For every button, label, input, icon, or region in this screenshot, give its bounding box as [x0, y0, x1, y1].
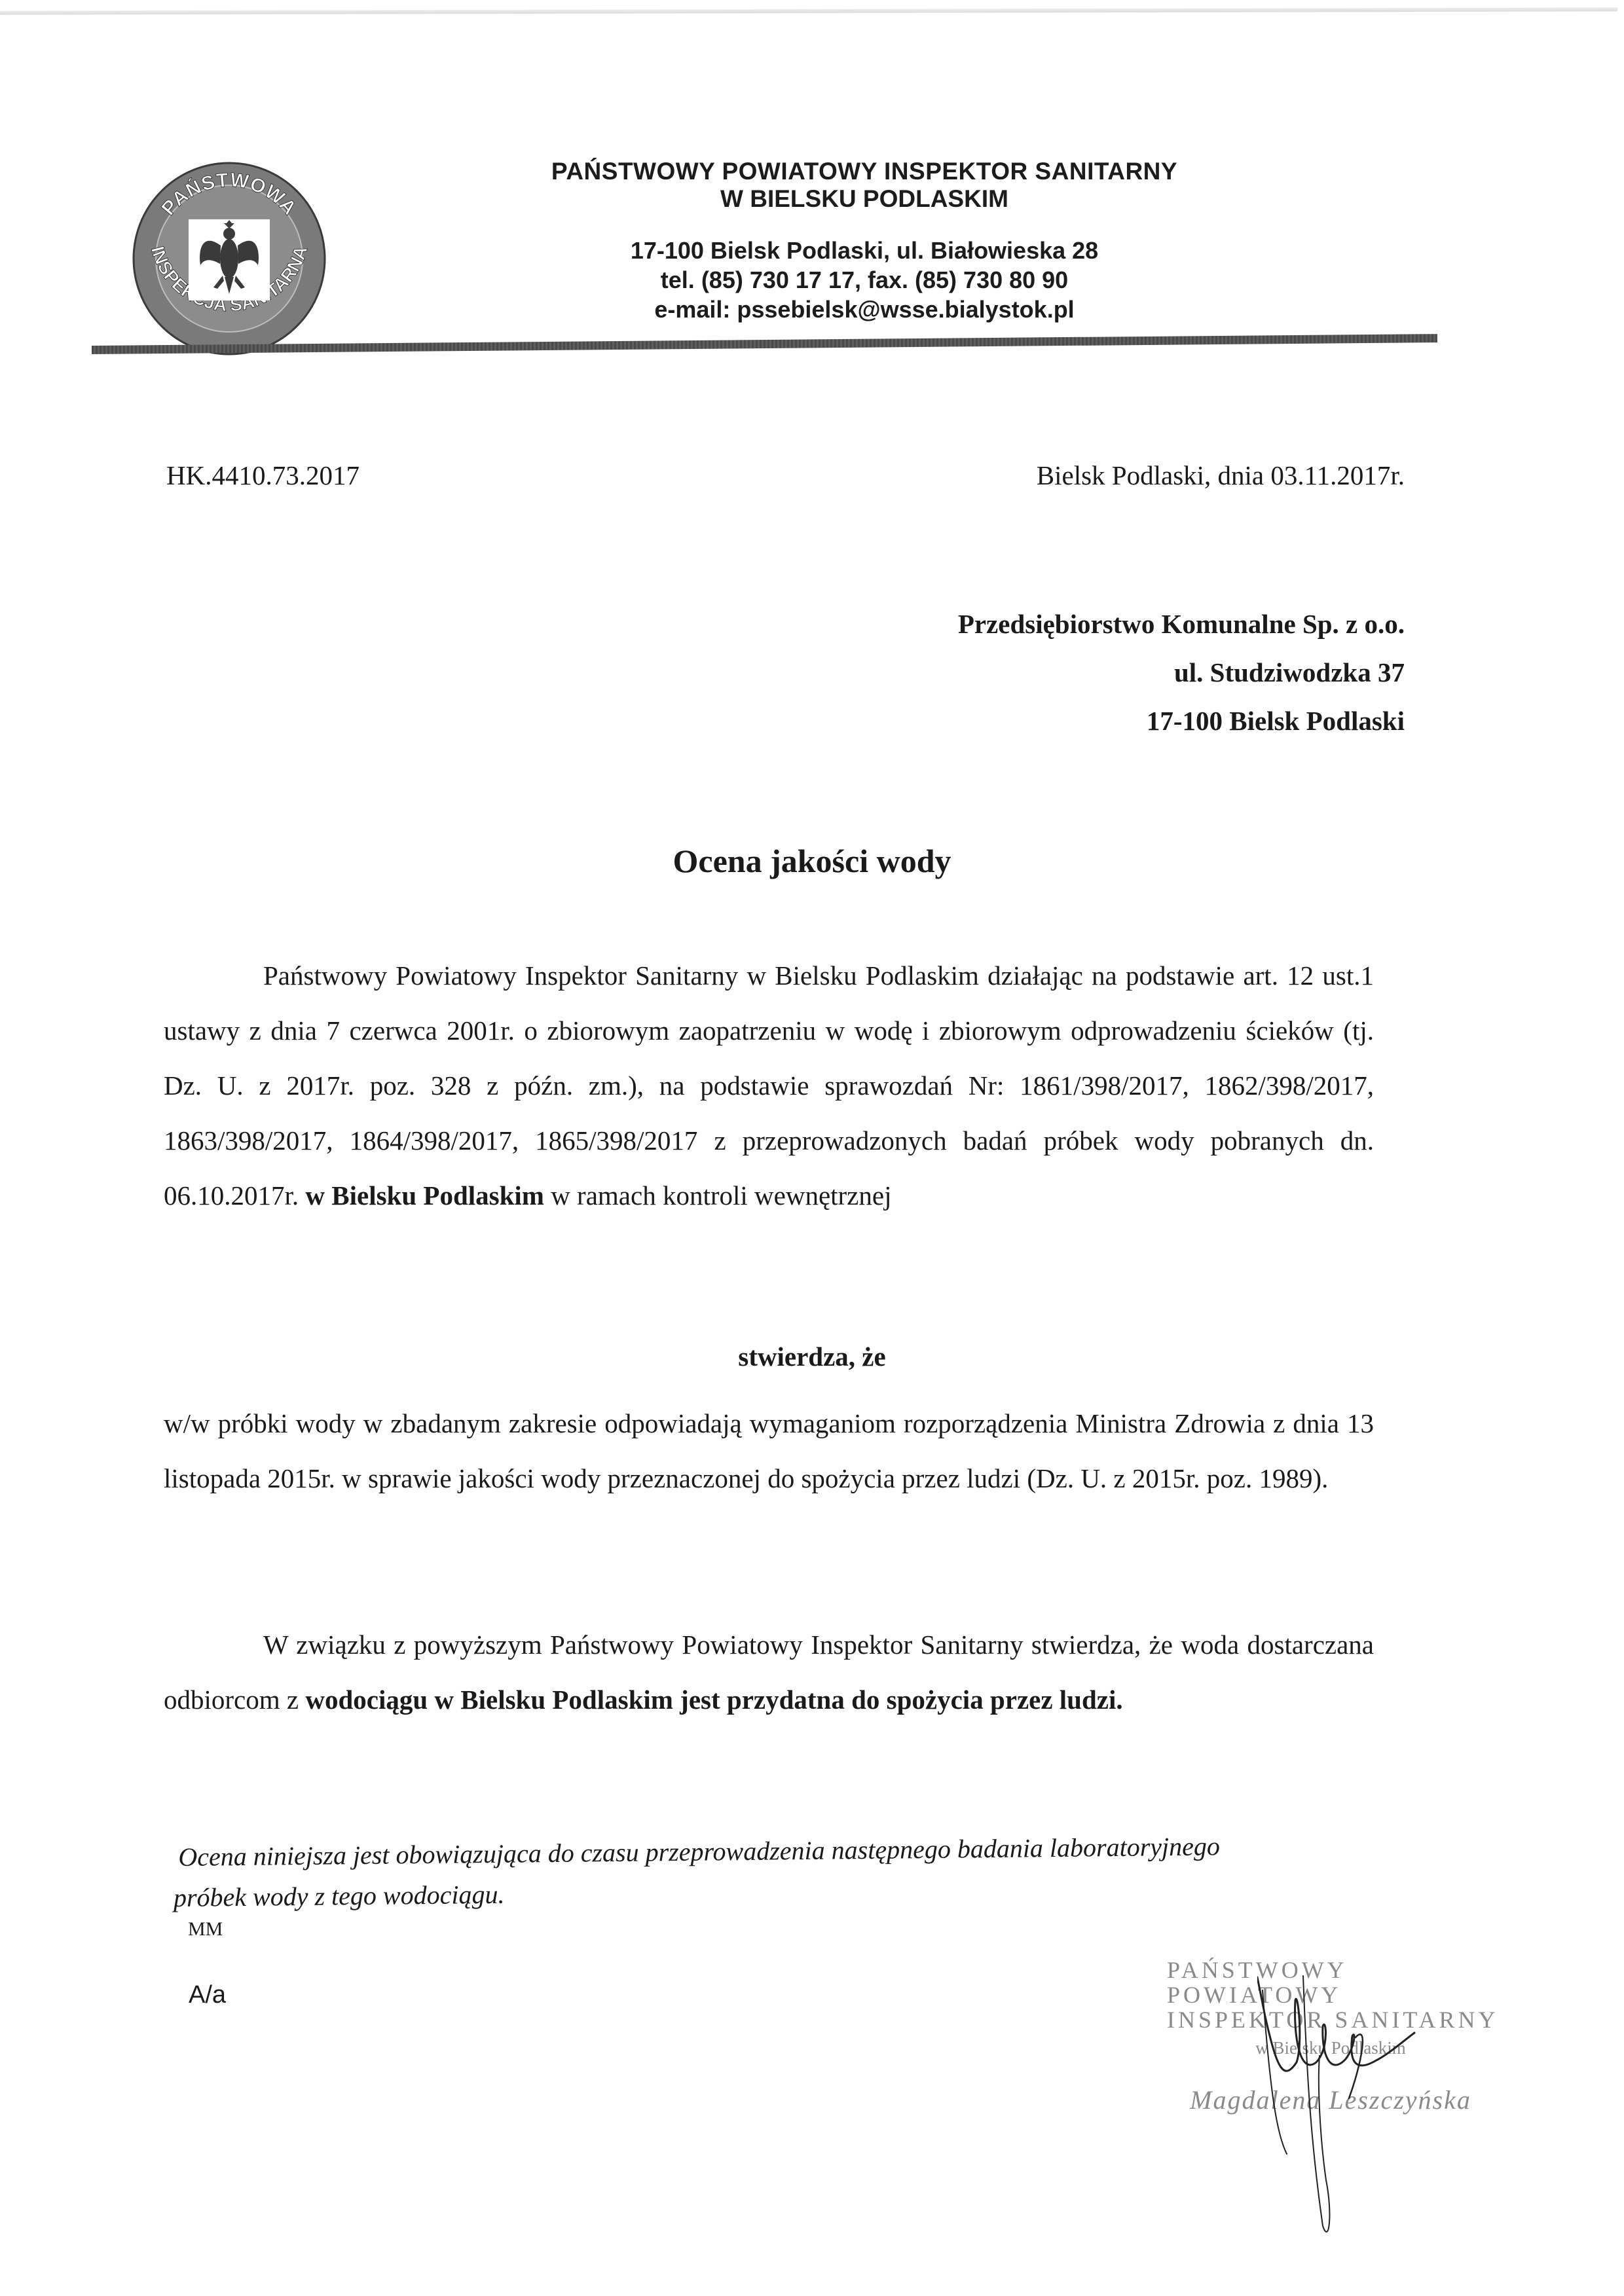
- copy-mark: A/a: [189, 1981, 226, 2009]
- addressee-city: 17-100 Bielsk Podlaski: [958, 697, 1405, 745]
- validity-note: Ocena niniejsza jest obowiązująca do cza…: [178, 1825, 1397, 1918]
- document-title: Ocena jakości wody: [0, 842, 1624, 880]
- sampling-location: w Bielsku Podlaskim: [305, 1180, 544, 1211]
- institution-phone: tel. (85) 730 17 17, fax. (85) 730 80 90: [419, 265, 1310, 295]
- institution-address: 17-100 Bielsk Podlaski, ul. Białowieska …: [419, 236, 1310, 265]
- paragraph-compliance: w/w próbki wody w zbadanym zakresie odpo…: [164, 1396, 1374, 1506]
- addressee-block: Przedsiębiorstwo Komunalne Sp. z o.o. ul…: [958, 600, 1405, 745]
- handwritten-signature: [1257, 1964, 1493, 2239]
- paragraph-legal-basis-text: Państwowy Powiatowy Inspektor Sanitarny …: [164, 960, 1374, 1211]
- scan-edge-line: [0, 7, 1617, 14]
- addressee-street: ul. Studziwodzka 37: [958, 648, 1405, 697]
- states-heading: stwierdza, że: [0, 1341, 1624, 1372]
- paragraph-conclusion: W związku z powyższym Państwowy Powiatow…: [164, 1617, 1374, 1727]
- paragraph-conclusion-verdict: wodociągu w Bielsku Podlaskim jest przyd…: [305, 1685, 1122, 1715]
- author-initials: MM: [188, 1918, 223, 1941]
- reference-number: HK.4410.73.2017: [166, 460, 360, 491]
- addressee-name: Przedsiębiorstwo Komunalne Sp. z o.o.: [958, 600, 1405, 648]
- date-line: Bielsk Podlaski, dnia 03.11.2017r.: [1037, 460, 1405, 491]
- institution-name: PAŃSTWOWY POWIATOWY INSPEKTOR SANITARNY: [419, 157, 1310, 186]
- institution-location: W BIELSKU PODLASKIM: [419, 185, 1310, 213]
- paragraph-legal-basis-tail: w ramach kontroli wewnętrznej: [551, 1180, 891, 1211]
- sanitary-inspection-logo: PAŃSTWOWA INSPEKCJA SANITARNA: [131, 160, 327, 357]
- institution-email: e-mail: pssebielsk@wsse.bialystok.pl: [419, 295, 1310, 324]
- paragraph-legal-basis: Państwowy Powiatowy Inspektor Sanitarny …: [164, 948, 1374, 1223]
- letterhead: PAŃSTWOWY POWIATOWY INSPEKTOR SANITARNY …: [419, 157, 1310, 324]
